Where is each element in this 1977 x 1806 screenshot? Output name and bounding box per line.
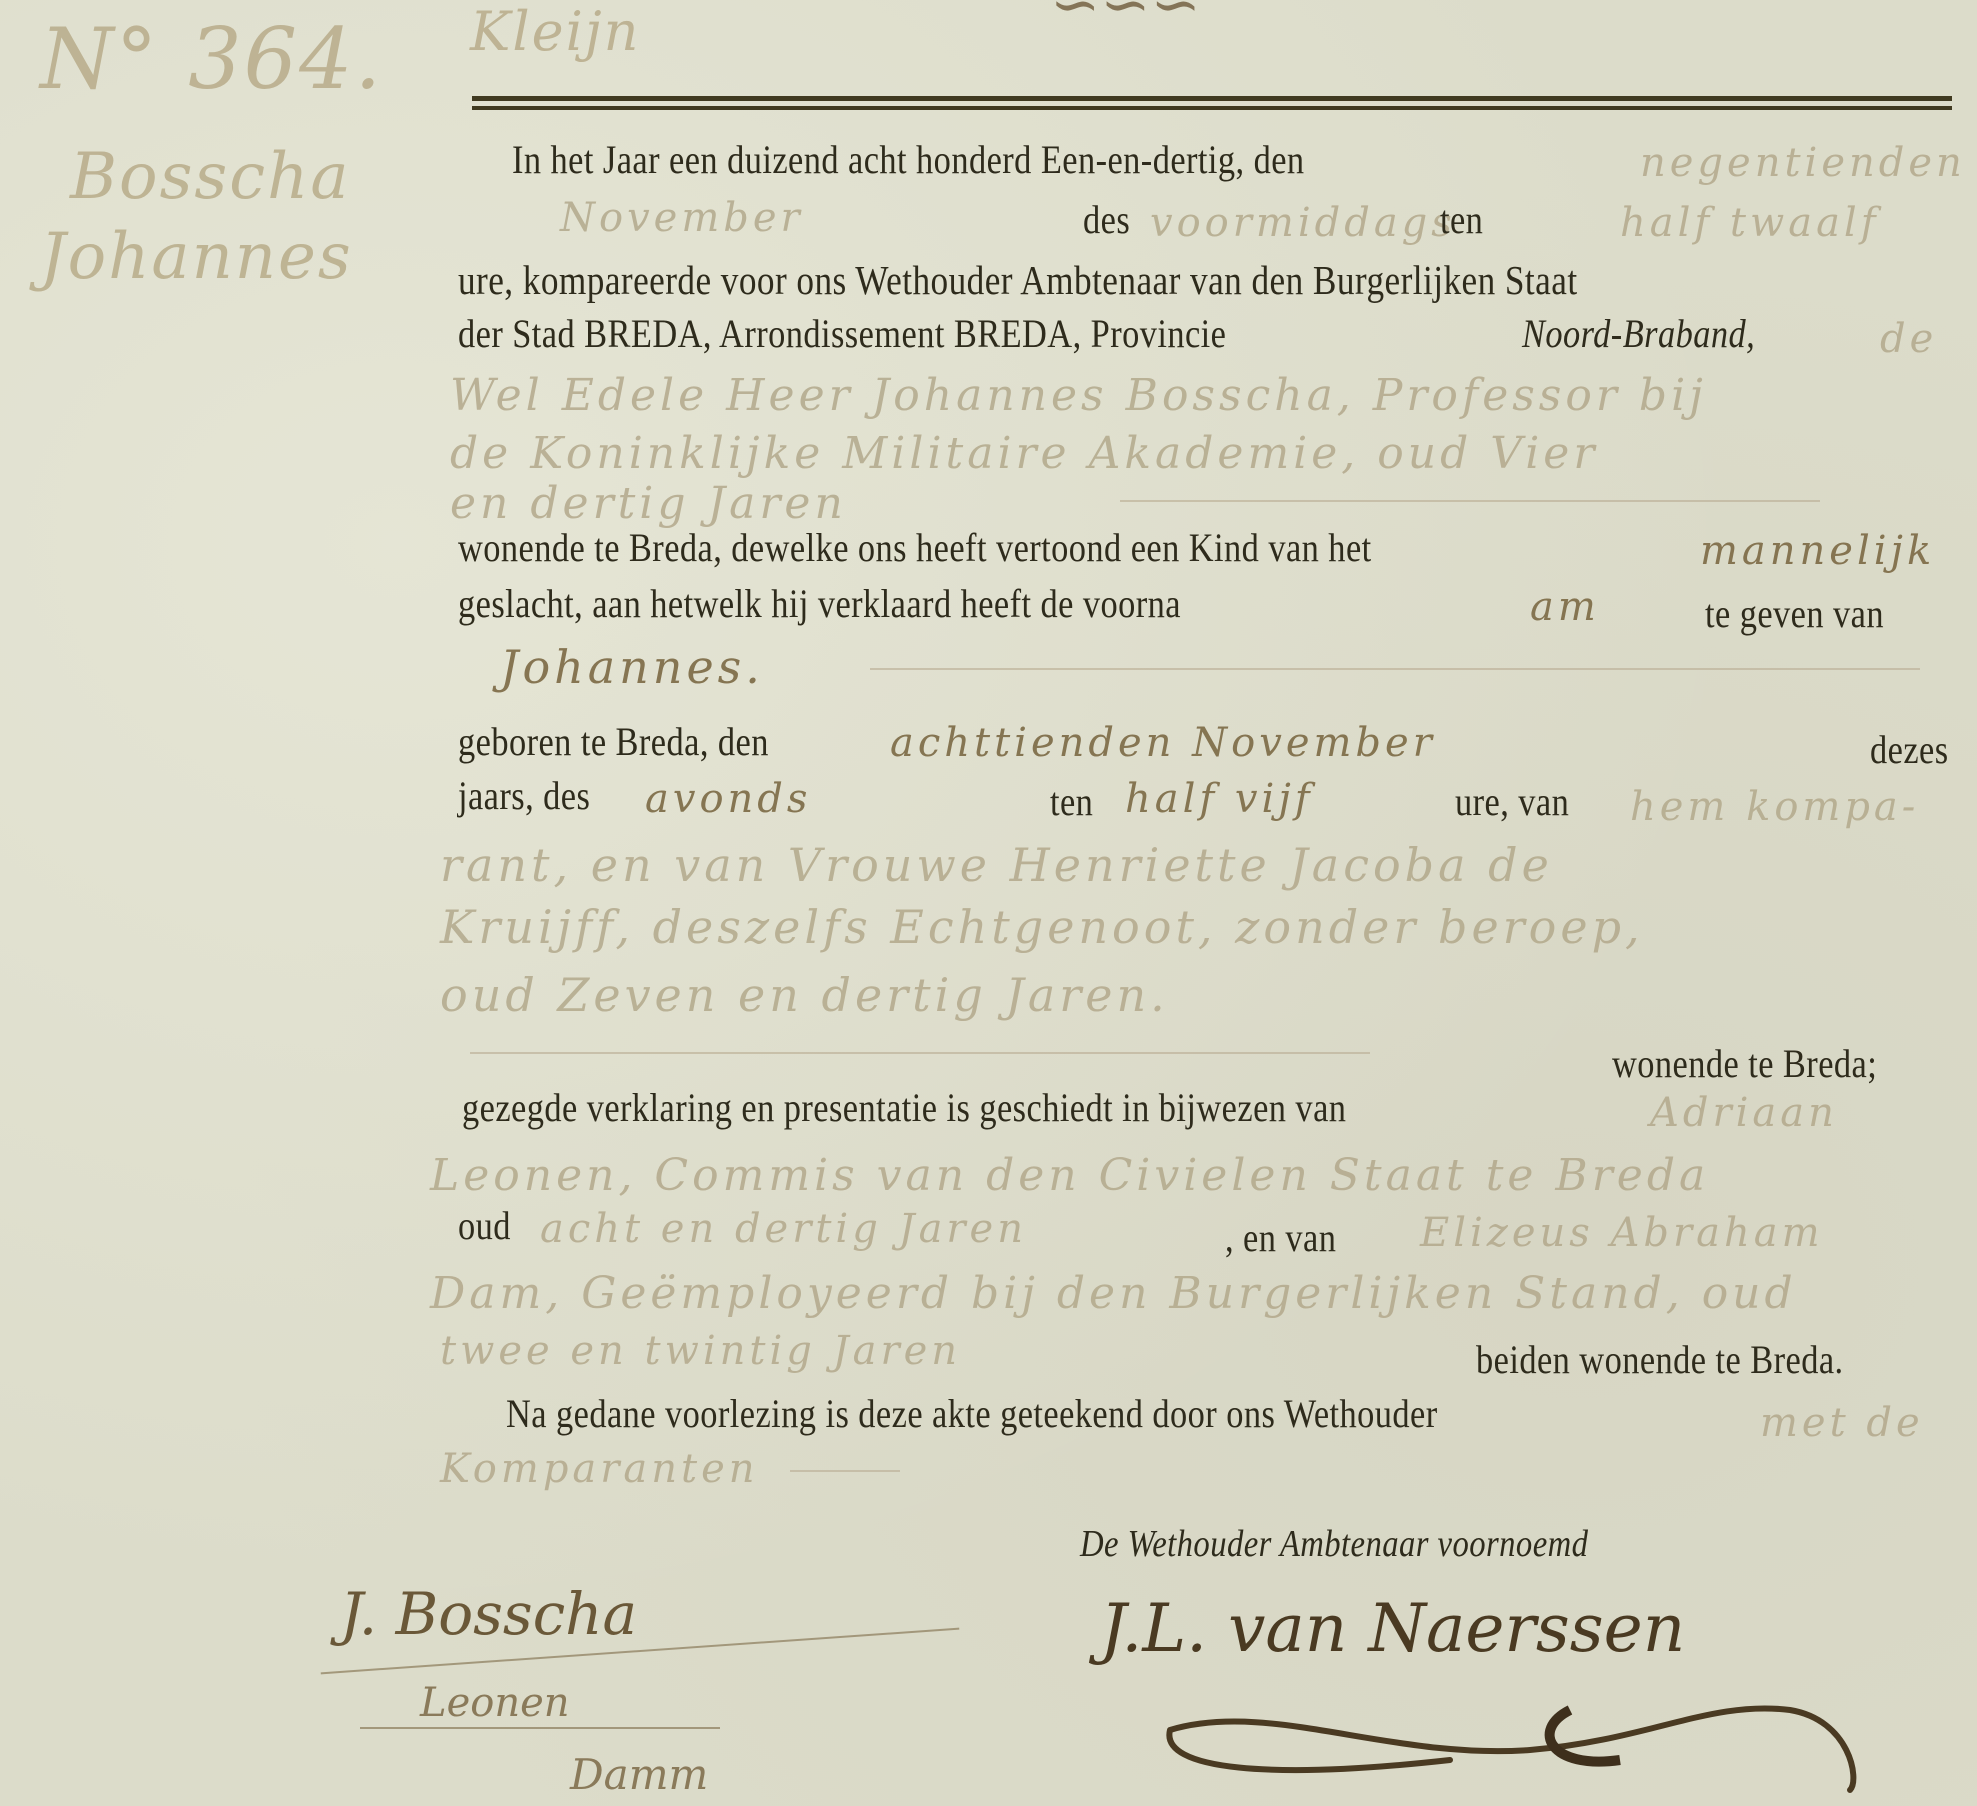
witness-2-name: Elizeus Abraham	[1420, 1210, 1824, 1256]
closing-statement: De Wethouder Ambtenaar voornoemd	[1080, 1522, 1588, 1566]
line-17-printed: gezegde verklaring en presentatie is ges…	[462, 1084, 1346, 1131]
line-8-sex: mannelijk	[1700, 528, 1935, 574]
line-15-mother-age: oud Zeven en dertig Jaren.	[440, 968, 1169, 1022]
line-11-dezes: dezes	[1870, 726, 1949, 773]
fill-dash	[790, 1470, 900, 1472]
signature-witness-1: Leonen	[420, 1680, 570, 1726]
line-11-printed: geboren te Breda, den	[458, 718, 769, 765]
margin-given-name: Johannes	[40, 220, 353, 294]
line-12-ure-van: ure, van	[1455, 778, 1569, 825]
margin-surname: Bosscha	[70, 140, 350, 214]
header-rule	[472, 96, 1952, 101]
birth-date: achttienden November	[890, 720, 1436, 766]
line-12-hand: hem kompa-	[1630, 784, 1919, 830]
line-19-oud: oud	[458, 1202, 511, 1249]
line-12-printed: jaars, des	[458, 772, 590, 819]
header-rule-2	[472, 106, 1952, 110]
line-1-printed: In het Jaar een duizend acht honderd Een…	[512, 136, 1305, 183]
record-number: N° 364.	[40, 10, 383, 108]
witness-1-details: Leonen, Commis van den Civielen Staat te…	[430, 1150, 1709, 1201]
birth-daypart: avonds	[645, 776, 811, 822]
line-4-printed: der Stad BREDA, Arrondissement BREDA, Pr…	[458, 310, 1226, 357]
line-23-hand: Komparanten	[440, 1446, 759, 1492]
line-3-printed: ure, kompareerde voor ons Wethouder Ambt…	[458, 256, 1578, 304]
line-2-time: half twaalf	[1620, 200, 1880, 246]
signature-flourish	[360, 1727, 720, 1729]
signature-official-flourish	[1150, 1690, 1910, 1800]
fill-dash	[870, 668, 1920, 670]
line-2-daypart: voormiddags	[1150, 200, 1456, 246]
child-given-name: Johannes.	[500, 640, 764, 694]
line-14-mother: Kruijff, deszelfs Echtgenoot, zonder ber…	[440, 900, 1644, 954]
line-16-printed: wonende te Breda;	[1612, 1040, 1877, 1087]
line-12-ten: ten	[1050, 778, 1093, 825]
line-21-printed: beiden wonende te Breda.	[1476, 1336, 1844, 1383]
line-9-printed: geslacht, aan hetwelk hij verklaard heef…	[458, 580, 1181, 627]
line-5-declarant: Wel Edele Heer Johannes Bosscha, Profess…	[450, 370, 1707, 421]
witness-1-age: acht en dertig Jaren	[540, 1206, 1027, 1252]
line-6-declarant-occupation: de Koninklijke Militaire Akademie, oud V…	[450, 428, 1598, 479]
birth-time: half vijf	[1125, 776, 1314, 822]
line-22-hand: met de	[1760, 1400, 1924, 1446]
line-7-declarant-age: en dertig Jaren	[450, 478, 847, 529]
line-4-province: Noord-Braband,	[1522, 310, 1755, 357]
signature-official: J.L. van Naerssen	[1100, 1590, 1685, 1667]
line-8-printed: wonende te Breda, dewelke ons heeft vert…	[458, 524, 1372, 571]
witness-2-age: twee en twintig Jaren	[440, 1328, 961, 1374]
line-22-printed: Na gedane voorlezing is deze akte geteek…	[506, 1390, 1438, 1437]
line-9-hand: am	[1530, 584, 1600, 630]
previous-record-signature: ∽∽∽	[1050, 0, 1201, 40]
signature-father: J. Bosscha	[340, 1580, 637, 1648]
fill-dash	[1120, 500, 1820, 502]
line-9-printed-b: te geven van	[1705, 590, 1884, 637]
line-2-ten: ten	[1440, 196, 1483, 243]
line-19-en-van: , en van	[1225, 1214, 1336, 1261]
line-2-des: des	[1083, 196, 1130, 243]
line-1-day: negentienden	[1640, 140, 1966, 186]
line-13-mother: rant, en van Vrouwe Henriette Jacoba de	[440, 838, 1553, 892]
witness-2-details: Dam, Geëmployeerd bij den Burgerlijken S…	[430, 1268, 1797, 1319]
fill-dash	[470, 1052, 1370, 1054]
line-2-month: November	[560, 195, 804, 241]
witness-1-name: Adriaan	[1650, 1090, 1838, 1136]
header-remnant-name: Kleijn	[470, 0, 640, 63]
line-4-hand: de	[1880, 316, 1937, 362]
signature-witness-2: Damm	[570, 1750, 708, 1799]
